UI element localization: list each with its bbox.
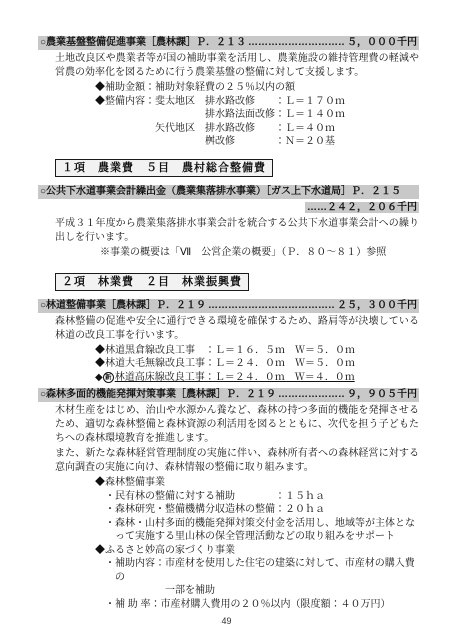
section-heading-agriculture: １項 農業費 ５目 農村総合整備費 <box>55 159 273 177</box>
program-amount: ９，９０５千円 <box>347 388 417 402</box>
circled-new-mark: 新 <box>103 372 114 383</box>
bullet-takatoko-line: ◆新林道高床線改良工事：Ｌ＝２４．０ｍ Ｗ＝４．０ｍ <box>95 371 419 385</box>
page-number: 49 <box>0 616 453 626</box>
section-heading-wrap: ２項 林業費 ２目 林業振興費 <box>38 263 419 299</box>
document-page: ○農業基盤整備促進事業［農林課］Ｐ．２１３ ………………………………………………… <box>0 0 453 640</box>
program-amount-line: ……２４２，２０６千円 <box>38 201 419 215</box>
bullet-maintenance-line2: 排水路法面改修：Ｌ＝１４０ｍ <box>95 108 419 122</box>
diamond-bullet: ◆ <box>95 372 103 383</box>
program-amount: ２５，３００千円 <box>337 299 417 313</box>
dotted-leader: ……………………………………………… <box>248 36 345 50</box>
dotted-leader: …………………… <box>278 388 345 402</box>
bullet-maintenance-line1: ◆整備内容：斐太地区 排水路改修 ：Ｌ＝１７０ｍ <box>95 95 419 109</box>
body-paragraph: 森林整備の促進や安全に通行できる環境を確保するため、路肩等が決壊している林道の改… <box>55 315 419 343</box>
bullet-subsidy-amount: ◆補助金額：補助対象経費の２５％以内の額 <box>95 81 419 95</box>
sub-bullet-subsidy-rate: ・補 助 率：市産材購入費用の２０％以内（限度額：４０万円） <box>105 598 419 612</box>
bullet-kurokura-line: ◆林道黒倉線改良工事 ：Ｌ＝１６．５ｍ Ｗ＝５．０ｍ <box>95 344 419 358</box>
sub-bullet-private-forest: ・民有林の整備に対する補助 ：１５ｈａ <box>105 490 419 504</box>
program-title: ○公共下水道事業会計繰出金（農業集落排水事業）［ガス上下水道局］Ｐ．２１５ <box>40 185 401 199</box>
bullet-maintenance-line4: 桝改修 ：Ｎ＝２０基 <box>95 135 419 149</box>
body-paragraph: また、新たな森林経営管理制度の実施に伴い、森林所有者への森林経営に対する意向調査… <box>55 447 419 475</box>
section-heading-wrap: １項 農業費 ５目 農村総合整備費 <box>38 149 419 185</box>
bullet-takatoko-text: 林道高床線改良工事：Ｌ＝２４．０ｍ Ｗ＝４．０ｍ <box>115 372 355 383</box>
program-title-row-forest-multifunction: ○森林多面的機能発揮対策事業［農林課］Ｐ．２１９ …………………… ９，９０５千… <box>38 388 419 402</box>
body-paragraph: 平成３１年度から農業集落排水事業会計を統合する公共下水道事業会計への繰り出しを行… <box>55 217 419 245</box>
program-title-row-sewerage: ○公共下水道事業会計繰出金（農業集落排水事業）［ガス上下水道局］Ｐ．２１５ <box>38 185 419 199</box>
program-title-row-forest-road: ○林道整備事業［農林課］Ｐ．２１９ …………………………………………………… ２… <box>38 299 419 313</box>
program-amount: ５，０００千円 <box>347 36 417 50</box>
program-title: ○林道整備事業［農林課］Ｐ．２１９ <box>40 299 206 313</box>
sub-bullet-satoyama-support: ・森林・山村多面的機能発揮対策交付金を活用し、地域等が主体となって実施する里山林… <box>105 517 419 544</box>
bullet-maintenance-line3: 矢代地区 排水路改修 ：Ｌ＝４０ｍ <box>95 122 419 136</box>
body-paragraph: 木材生産をはじめ、治山や水源かん養など、森林の持つ多面的機能を発揮させるため、適… <box>55 404 419 446</box>
bullet-furusato-myoko-house: ◆ふるさと妙高の家づくり事業 <box>95 544 419 558</box>
sub-bullet-research-forest: ・森林研究・整備機構分収造林の整備：２０ｈａ <box>105 503 419 517</box>
body-paragraph: 土地改良区や農業者等が国の補助事業を活用し、農業施設の維持管理費の軽減や営農の効… <box>55 52 419 80</box>
dotted-leader: …………………………………………………… <box>208 299 335 313</box>
program-title: ○農業基盤整備促進事業［農林課］Ｐ．２１３ <box>40 36 246 50</box>
sub-bullet-subsidy-content-line1: ・補助内容：市産材を使用した住宅の建築に対して、市産材の購入費の <box>105 557 419 584</box>
section-heading-forestry: ２項 林業費 ２目 林業振興費 <box>55 273 249 291</box>
program-title-row-agri-base: ○農業基盤整備促進事業［農林課］Ｐ．２１３ ………………………………………………… <box>38 36 419 50</box>
bullet-forest-maintenance: ◆森林整備事業 <box>95 476 419 490</box>
sub-bullet-subsidy-content-line2: 一部を補助 <box>105 584 419 598</box>
page-content: ○農業基盤整備促進事業［農林課］Ｐ．２１３ ………………………………………………… <box>0 0 453 611</box>
program-amount: ……２４２，２０６千円 <box>305 202 419 213</box>
program-title: ○森林多面的機能発揮対策事業［農林課］Ｐ．２１９ <box>40 388 276 402</box>
bullet-omakenashi-line: ◆林道大毛無線改良工事：Ｌ＝２４．０ｍ Ｗ＝５．０ｍ <box>95 357 419 371</box>
reference-note: ※事業の概要は「Ⅶ 公営企業の概要」（Ｐ．８０～８１）参照 <box>100 246 419 260</box>
